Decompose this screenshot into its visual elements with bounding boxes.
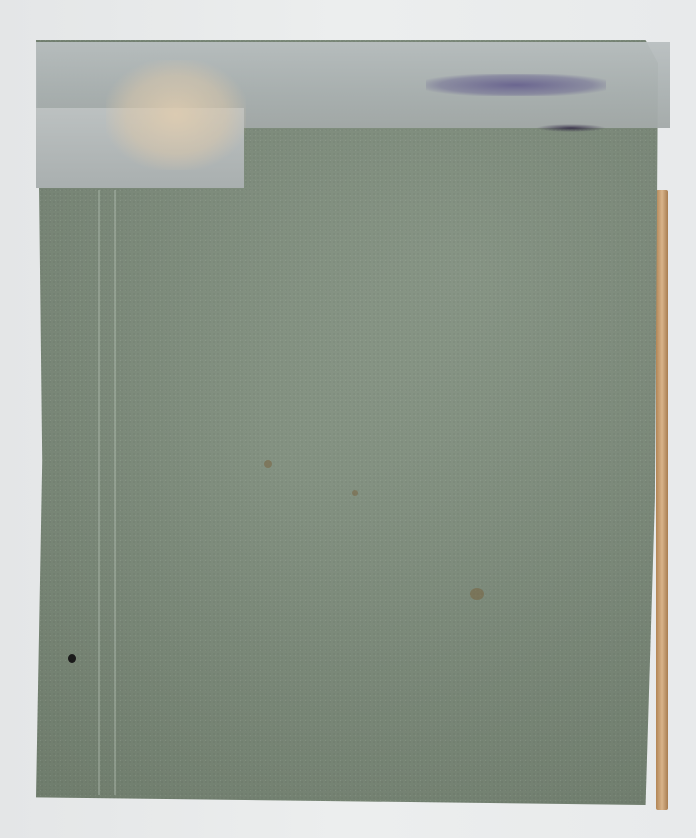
stain-spot	[264, 460, 272, 468]
punch-hole	[68, 654, 76, 663]
crease-line	[98, 190, 100, 795]
stain-spot	[470, 588, 484, 600]
photo-scene	[0, 0, 696, 838]
page-edges	[656, 190, 668, 810]
crease-line	[114, 190, 116, 795]
ink-blot	[536, 124, 606, 132]
stain-spot	[352, 490, 358, 496]
tape-stain	[106, 60, 246, 170]
book	[36, 40, 660, 808]
faded-ink-mark	[426, 74, 606, 96]
